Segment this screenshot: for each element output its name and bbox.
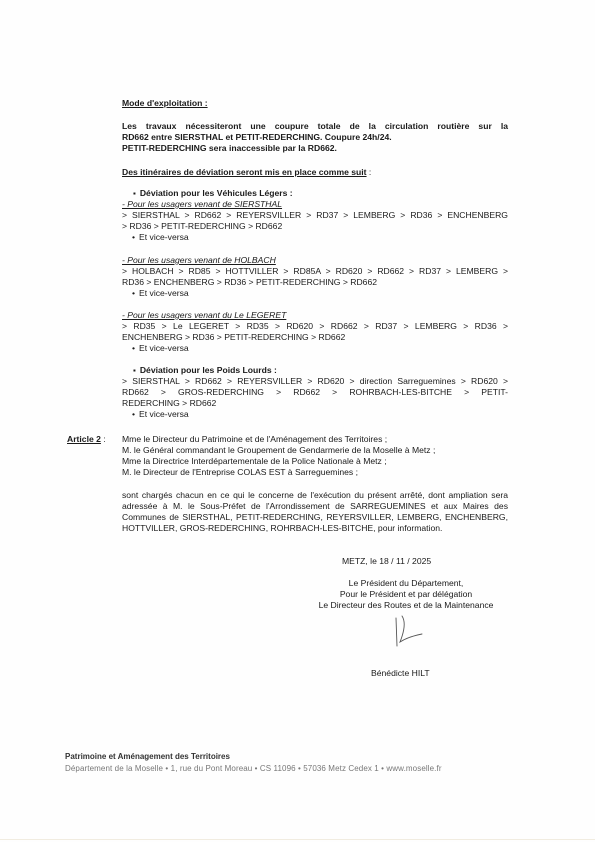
place-date: METZ, le 18 / 11 / 2025	[342, 556, 431, 567]
signatory-line: Pour le Président et par délégation	[300, 589, 512, 600]
article-2-label: Article 2 :	[67, 434, 106, 445]
route-line: ENCHENBERG > RD36 > PETIT-REDERCHING > R…	[122, 332, 508, 343]
vl-group-siersthal: - Pour les usagers venant de SIERSTHAL >…	[122, 199, 508, 243]
document-page: Mode d'exploitation : Les travaux nécess…	[0, 0, 595, 842]
article-2-label-suffix: :	[101, 434, 106, 444]
origin-label: - Pour les usagers venant du Le LEGERET	[122, 310, 508, 321]
origin-label: - Pour les usagers venant de HOLBACH	[122, 255, 508, 266]
route-line: REDERCHING > RD662	[122, 398, 508, 409]
signatory-name: Bénédicte HILT	[371, 668, 430, 679]
handwritten-signature	[388, 612, 428, 650]
origin-label: - Pour les usagers venant de SIERSTHAL	[122, 199, 508, 210]
paragraph-line: RD662 entre SIERSTHAL et PETIT-REDERCHIN…	[122, 132, 508, 143]
signatory-titles: Le Président du Département, Pour le Pré…	[300, 578, 512, 611]
footer-department: Patrimoine et Aménagement des Territoire…	[65, 752, 230, 761]
recipient: M. le Général commandant le Groupement d…	[122, 445, 435, 456]
pl-route: > SIERSTHAL > RD662 > REYERSVILLER > RD6…	[122, 376, 508, 420]
signatory-line: Le Président du Département,	[300, 578, 512, 589]
route-line: > SIERSTHAL > RD662 > REYERSVILLER > RD3…	[122, 210, 508, 221]
recipient: Mme le Directeur du Patrimoine et de l'A…	[122, 434, 435, 445]
route-line: RD36 > ENCHENBERG > RD36 > PETIT-REDERCH…	[122, 277, 508, 288]
paragraph-line: Les travaux nécessiteront une coupure to…	[122, 121, 508, 132]
route-line: RD662 > GROS-REDERCHING > RD662 > ROHRBA…	[122, 387, 508, 398]
vice-versa: Et vice-versa	[122, 409, 508, 420]
vl-group-holbach: - Pour les usagers venant de HOLBACH > H…	[122, 255, 508, 299]
vl-group-legeret: - Pour les usagers venant du Le LEGERET …	[122, 310, 508, 354]
itineraires-heading: Des itinéraires de déviation seront mis …	[122, 167, 371, 178]
route-line: > RD35 > Le LEGERET > RD35 > RD620 > RD6…	[122, 321, 508, 332]
article-2-recipients: Mme le Directeur du Patrimoine et de l'A…	[122, 434, 435, 478]
vl-deviation-title: Déviation pour les Véhicules Légers :	[133, 188, 293, 199]
mode-exploitation-heading: Mode d'exploitation :	[122, 98, 208, 109]
vice-versa: Et vice-versa	[122, 232, 508, 243]
article-2-paragraph: sont chargés chacun en ce qui le concern…	[122, 490, 508, 534]
route-line: > HOLBACH > RD85 > HOTTVILLER > RD85A > …	[122, 266, 508, 277]
article-2-label-text: Article 2	[67, 434, 101, 444]
signatory-line: Le Directeur des Routes et de la Mainten…	[300, 600, 512, 611]
itineraires-heading-suffix: :	[367, 167, 372, 177]
page-bottom-edge	[0, 839, 595, 840]
footer-address: Département de la Moselle • 1, rue du Po…	[65, 764, 442, 773]
vice-versa: Et vice-versa	[122, 343, 508, 354]
mode-exploitation-paragraph: Les travaux nécessiteront une coupure to…	[122, 121, 508, 154]
vice-versa: Et vice-versa	[122, 288, 508, 299]
itineraires-heading-text: Des itinéraires de déviation seront mis …	[122, 167, 367, 177]
pl-deviation-title: Déviation pour les Poids Lourds :	[133, 365, 277, 376]
recipient: M. le Directeur de l'Entreprise COLAS ES…	[122, 467, 435, 478]
recipient: Mme la Directrice Interdépartementale de…	[122, 456, 435, 467]
paragraph-line: PETIT-REDERCHING sera inaccessible par l…	[122, 143, 508, 154]
route-line: > SIERSTHAL > RD662 > REYERSVILLER > RD6…	[122, 376, 508, 387]
route-line: > RD36 > PETIT-REDERCHING > RD662	[122, 221, 508, 232]
